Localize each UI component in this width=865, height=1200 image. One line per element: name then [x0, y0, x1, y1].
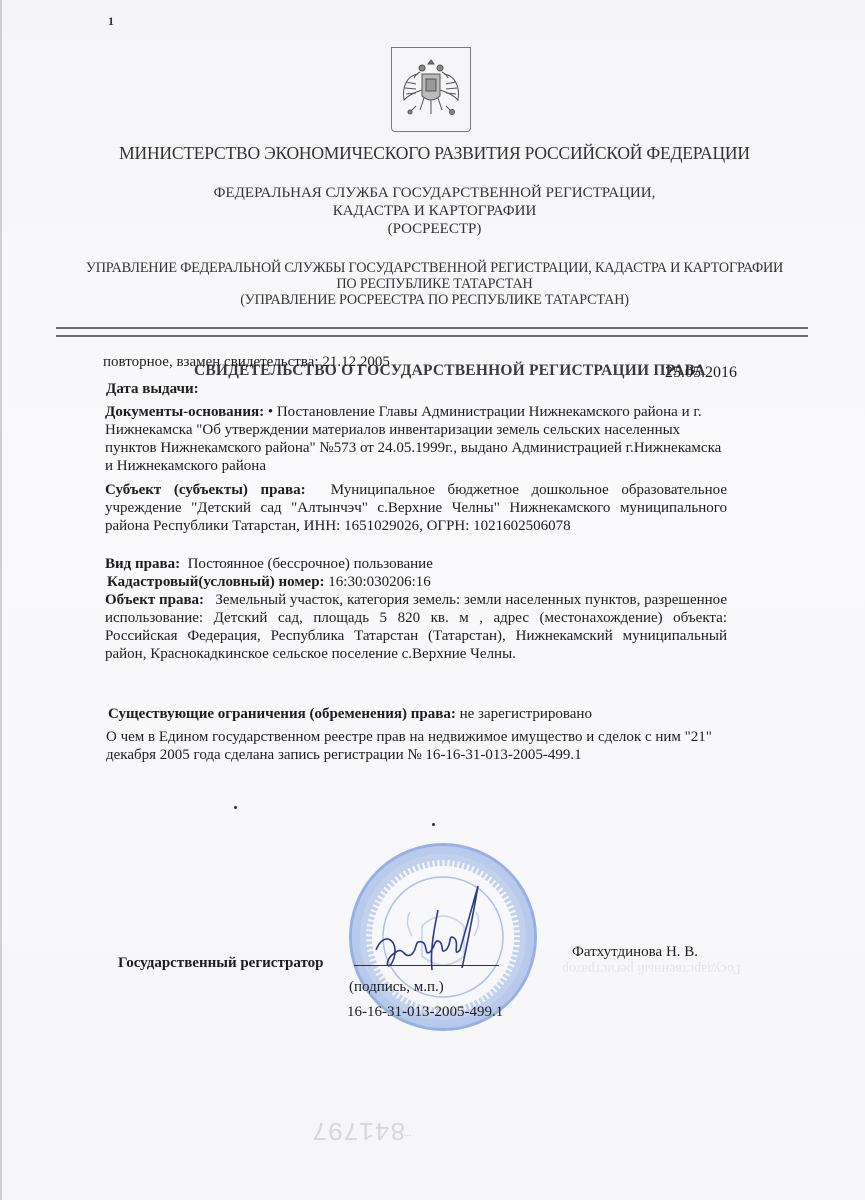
service-title-line3: (РОСРЕЕСТР): [2, 220, 865, 238]
cadastral-number-label: Кадастровый(условный) номер:: [107, 574, 325, 590]
documents-basis: Документы-основания: • Постановление Гла…: [105, 403, 727, 475]
office-title-line2: ПО РЕСПУБЛИКЕ ТАТАРСТАН: [2, 276, 865, 292]
restrictions-label: Существующие ограничения (обременения) п…: [108, 706, 456, 722]
right-object-label: Объект права:: [105, 592, 204, 608]
office-title-line3: (УПРАВЛЕНИЕ РОСРЕЕСТРА ПО РЕСПУБЛИКЕ ТАТ…: [2, 292, 865, 308]
record-number: 16-16-31-013-2005-499.1: [347, 1004, 503, 1021]
issue-date-label: Дата выдачи:: [106, 380, 199, 398]
documents-basis-label: Документы-основания:: [105, 404, 264, 420]
right-holder-label: Субъект (субъекты) права:: [105, 482, 306, 498]
restrictions: Существующие ограничения (обременения) п…: [108, 705, 730, 723]
document-page: 1 МИНИСТЕРСТВО ЭКОНОМИЧЕСКОГО РАЗВИТИЯ Р: [0, 0, 865, 1200]
right-type: Вид права: Постоянное (бессрочное) польз…: [105, 555, 727, 573]
header-divider-top: [56, 327, 808, 329]
cadastral-number-value: 16:30:030206:16: [328, 574, 431, 590]
bleed-through-serial: 841797: [312, 1115, 406, 1145]
double-headed-eagle-icon: [398, 54, 464, 126]
corner-page-mark: 1: [108, 14, 114, 29]
registry-record: О чем в Едином государственном реестре п…: [106, 728, 728, 764]
signature-caption: (подпись, м.п.): [349, 979, 444, 996]
right-type-label: Вид права:: [105, 556, 180, 572]
cadastral-number: Кадастровый(условный) номер: 16:30:03020…: [107, 573, 729, 591]
coat-of-arms-icon: [391, 47, 471, 132]
restrictions-value: не зарегистрировано: [460, 706, 592, 722]
registrar-name: Фатхутдинова Н. В.: [572, 944, 698, 961]
ink-dot: [432, 823, 435, 826]
registrar-label: Государственный регистратор: [118, 955, 323, 972]
office-title-line1: УПРАВЛЕНИЕ ФЕДЕРАЛЬНОЙ СЛУЖБЫ ГОСУДАРСТВ…: [2, 260, 865, 276]
issue-date: 25.05.2016: [665, 364, 737, 382]
right-object: Объект права: Земельный участок, категор…: [105, 591, 727, 663]
service-title-line1: ФЕДЕРАЛЬНАЯ СЛУЖБА ГОСУДАРСТВЕННОЙ РЕГИС…: [2, 184, 865, 202]
service-title: ФЕДЕРАЛЬНАЯ СЛУЖБА ГОСУДАРСТВЕННОЙ РЕГИС…: [2, 184, 865, 238]
office-title: УПРАВЛЕНИЕ ФЕДЕРАЛЬНОЙ СЛУЖБЫ ГОСУДАРСТВ…: [2, 260, 865, 308]
ink-dot: [234, 806, 237, 809]
service-title-line2: КАДАСТРА И КАРТОГРАФИИ: [2, 202, 865, 220]
header-divider-bottom: [56, 335, 808, 337]
bleed-through-small: ...: [404, 1133, 411, 1143]
signature-line: [354, 965, 499, 966]
reissue-note: повторное, взамен свидетельства: 21.12.2…: [103, 353, 390, 371]
right-type-value: Постоянное (бессрочное) пользование: [188, 556, 433, 572]
ministry-title: МИНИСТЕРСТВО ЭКОНОМИЧЕСКОГО РАЗВИТИЯ РОС…: [2, 144, 865, 162]
bleed-through-text: Государственный регистратор: [562, 960, 741, 976]
right-holder: Субъект (субъекты) права: Муниципальное …: [105, 481, 727, 535]
